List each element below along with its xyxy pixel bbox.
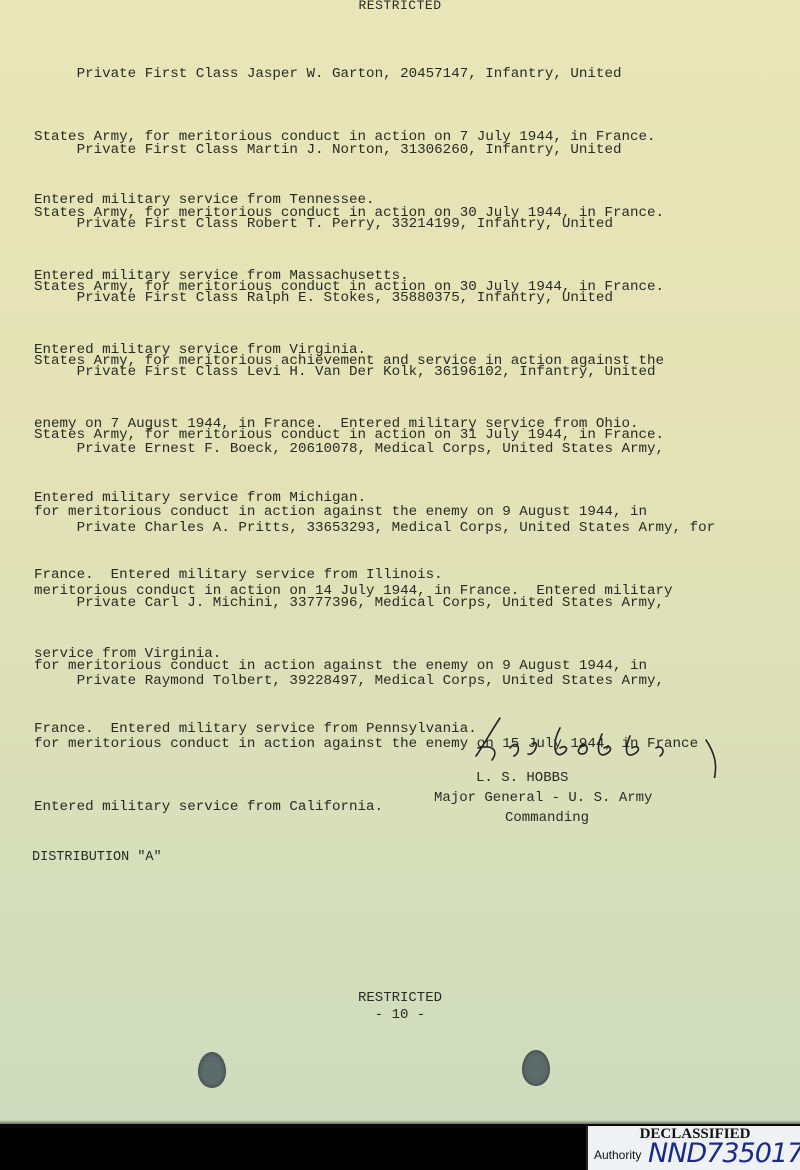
citation-line: Private First Class Jasper W. Garton, 20… xyxy=(34,64,784,85)
binder-hole-icon xyxy=(522,1050,550,1086)
citation-line: Private Charles A. Pritts, 33653293, Med… xyxy=(34,518,784,539)
citation-line: Private Ernest F. Boeck, 20610078, Medic… xyxy=(34,439,784,460)
citation-line: Private Carl J. Michini, 33777396, Medic… xyxy=(34,593,784,614)
footer-classification: RESTRICTED xyxy=(0,990,800,1007)
signatory-name: L. S. HOBBS xyxy=(476,770,568,786)
citation-line: Private First Class Martin J. Norton, 31… xyxy=(34,140,784,161)
declassified-stamp: DECLASSIFIED Authority NND735017 xyxy=(586,1126,800,1170)
authority-label: Authority xyxy=(594,1148,641,1162)
citation-line: Entered military service from California… xyxy=(34,797,784,818)
citation-line: Private First Class Robert T. Perry, 332… xyxy=(34,214,784,235)
signatory-title: Commanding xyxy=(505,810,589,826)
handwritten-signature-icon xyxy=(470,708,730,778)
binder-hole-icon xyxy=(198,1052,226,1088)
document-page: RESTRICTED Private First Class Jasper W.… xyxy=(0,0,800,1124)
signatory-rank: Major General - U. S. Army xyxy=(434,790,652,806)
distribution-label: DISTRIBUTION "A" xyxy=(32,850,162,865)
page-number: - 10 - xyxy=(0,1007,800,1024)
page-footer: RESTRICTED - 10 - xyxy=(0,990,800,1024)
classification-header: RESTRICTED xyxy=(0,0,800,13)
citation-line: Private Raymond Tolbert, 39228497, Medic… xyxy=(34,671,784,692)
authority-number: NND735017 xyxy=(648,1138,800,1169)
citation-line: Private First Class Ralph E. Stokes, 358… xyxy=(34,288,784,309)
citation-line: Private First Class Levi H. Van Der Kolk… xyxy=(34,362,784,383)
